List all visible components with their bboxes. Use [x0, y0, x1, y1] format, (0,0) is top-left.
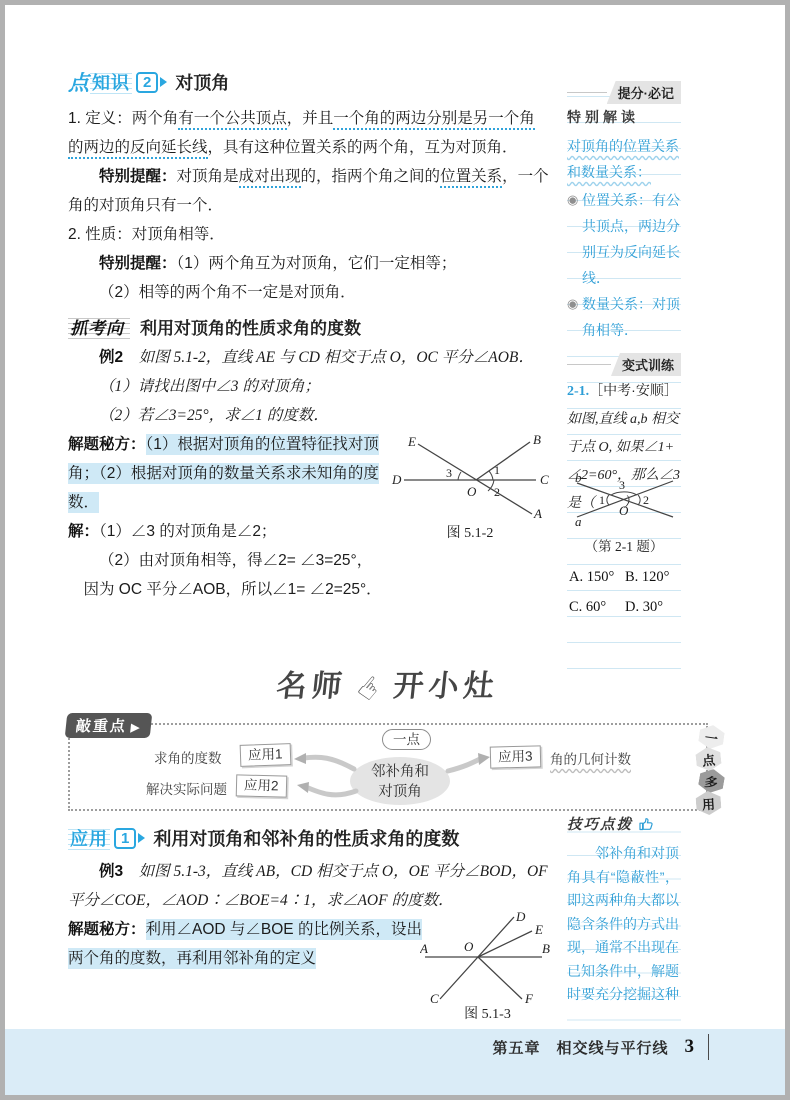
point-label-A: A [533, 506, 542, 521]
point-label-A: A [420, 941, 428, 956]
mindmap-node3-label: 角的几何计数 [550, 748, 631, 768]
interpretation-heading-text: 对顶角的位置关系和数量关系： [567, 138, 679, 180]
exam-direction-header: 抓考向 利用对顶角的性质求角的度数 [68, 309, 550, 343]
point-label-E: E [534, 922, 543, 937]
badge-rule-line [567, 364, 611, 365]
mindmap-node3-box: 应用3 [490, 745, 541, 768]
key-points-mindmap: 敲重点▶ 求角的度数 应用1 解决实际问题 应用2 一点 邻补角和 对顶角 应用… [68, 723, 708, 811]
angle-label-1: 1 [599, 493, 605, 507]
motto-char-2: 点 [694, 746, 721, 772]
pointing-hand-icon: ☞ [348, 667, 392, 710]
property-paragraph: 2. 性质：对顶角相等． [68, 220, 550, 249]
footer-content: 第五章 相交线与平行线 3 [492, 1034, 709, 1060]
dian-logo-icon: 点 [68, 67, 89, 97]
point-label-O: O [467, 484, 477, 499]
application-1-section: 应用 1 利用对顶角和邻补角的性质求角的度数 例3 如图 5.1-3，直线 AB… [68, 821, 550, 973]
figure-5-1-2-drawing: E B D C O A 3 1 2 [390, 432, 550, 524]
knowledge-title: 对顶角 [175, 69, 229, 95]
option-C: C. 60° [569, 595, 625, 620]
point-label-B: B [533, 432, 541, 447]
knowledge-header: 点 知识 2 对顶角 [68, 66, 550, 98]
angle-label-2: 2 [643, 493, 649, 507]
definition-paragraph: 1. 定义：两个角有一个公共顶点，并且一个角的两边分别是另一个角的两边的反向延长… [68, 104, 550, 162]
interpretation-heading: 对顶角的位置关系和数量关系： [567, 133, 681, 185]
tip-seg-emph: 位置关系 [440, 168, 502, 188]
point-label-O: O [619, 503, 629, 518]
angle-label-3: 3 [446, 466, 452, 480]
motto-char-3: 多 [697, 767, 726, 795]
badge-rule-line [567, 92, 607, 93]
mindmap-node1-box: 应用1 [240, 743, 291, 767]
bullet-text: 位置关系：有公共顶点，两边分别互为反向延长线． [582, 192, 680, 286]
tip-text: （1）两个角互为对顶角，它们一定相等； [177, 255, 457, 272]
application-number: 1 [114, 828, 136, 849]
exam-direction-title: 利用对顶角的性质求角的度数 [140, 314, 361, 339]
figure-5-1-2-caption: 图 5.1-2 [390, 524, 550, 544]
point-label-B: B [542, 941, 550, 956]
page-number: 3 [685, 1036, 695, 1058]
point-label-D: D [391, 472, 402, 487]
figure-5-1-3-drawing: D E A B O C F [420, 909, 550, 1005]
point-label-E: E [407, 434, 416, 449]
line-label-a: a [575, 514, 582, 529]
def-seg: ，具有这种位置关系的两个角，互为对顶角． [208, 139, 518, 156]
mindmap-bubble: 一点 [382, 729, 431, 750]
secret-label: 解题秘方： [68, 921, 146, 938]
reminder-2-line1: 特别提醒：（1）两个角互为对顶角，它们一定相等； [68, 249, 550, 278]
chapter-title: 第五章 相交线与平行线 [492, 1037, 668, 1058]
textbook-spread: 点 知识 2 对顶角 1. 定义：两个角有一个公共顶点，并且一个角的两边分别是另… [0, 0, 790, 1100]
reminder-label: 特别提醒： [99, 255, 177, 272]
figure-5-1-3: D E A B O C F 图 5.1-3 [420, 909, 555, 1025]
def-seg: 1. 定义：两个角 [68, 110, 178, 127]
knowledge-badge: 知识 [90, 69, 132, 95]
interpretation-bullets: ◉位置关系：有公共顶点，两边分别互为反向延长线． ◉数量关系：对顶角相等． [567, 187, 681, 343]
thumbs-up-icon [638, 815, 655, 832]
question-figure-caption: （第 2-1 题） [567, 535, 681, 555]
solution-line3: 因为 OC 平分∠AOB，所以∠1= ∠2=25°． [68, 575, 550, 604]
main-column: 点 知识 2 对顶角 1. 定义：两个角有一个公共顶点，并且一个角的两边分别是另… [68, 66, 550, 604]
tip-seg: 对顶角是 [177, 168, 239, 185]
point-label-O: O [464, 939, 474, 954]
technique-tips-title: 技巧点拨 [567, 813, 655, 834]
application-title: 利用对顶角和邻补角的性质求角的度数 [153, 825, 459, 851]
badge-chevron-icon [160, 77, 167, 87]
example3-statement: 例3 如图 5.1-3，直线 AB，CD 相交于点 O，OE 平分∠BOD，OF… [68, 857, 550, 915]
sidebar-top: 提分·必记 特别解读 对顶角的位置关系和数量关系： ◉位置关系：有公共顶点，两边… [567, 71, 681, 693]
tip-seg-emph: 成对出现 [239, 168, 301, 188]
special-interpretation-title: 特别解读 [567, 107, 639, 127]
solution-line2: （2）由对顶角相等，得∠2= ∠3=25°， [68, 546, 550, 575]
example2-label: 例2 [99, 349, 123, 366]
badge-chevron-icon [138, 833, 145, 843]
point-label-D: D [515, 909, 526, 924]
solution-block: E B D C O A 3 1 2 图 5.1-2 解题秘方：（1）根据对顶角的… [68, 430, 550, 604]
score-must-remember-badge: 提分·必记 [607, 81, 681, 104]
bullet-icon: ◉ [567, 187, 578, 213]
def-seg-emph: 有一个公共顶点 [178, 110, 287, 130]
mindmap-node2-box: 应用2 [236, 774, 287, 797]
center-topic-line1: 邻补角和 [350, 762, 450, 782]
point-label-F: F [524, 991, 534, 1005]
variant-training-badge: 变式训练 [611, 353, 681, 376]
knowledge-number: 2 [136, 72, 158, 93]
variant-badge-row: 变式训练 [567, 353, 681, 376]
technique-tips-text: 技巧点拨 [567, 813, 633, 834]
mindmap-node1-label: 求角的度数 [154, 747, 222, 767]
bullet-position-relation: ◉位置关系：有公共顶点，两边分别互为反向延长线． [567, 187, 681, 291]
bullet-quantity-relation: ◉数量关系：对顶角相等． [567, 291, 681, 343]
key-points-badge: 敲重点▶ [65, 713, 153, 738]
example2-q1: （1）请找出图中∠3 的对顶角； [68, 372, 550, 401]
tip-seg: 的，指两个角之间的 [301, 168, 441, 185]
option-A: A. 150° [569, 565, 625, 590]
page-footer: 第五章 相交线与平行线 3 [5, 1029, 785, 1095]
line-label-b: b [575, 471, 582, 485]
sidebar-bottom: 技巧点拨 邻补角和对顶角具有“隐蔽性”，即这两种角大都以隐含条件的方式出现，通常… [567, 809, 681, 1021]
reminder-label: 特别提醒： [99, 168, 177, 185]
exam-direction-badge: 抓考向 [68, 314, 130, 339]
question-figure-drawing: b a 3 1 2 O [567, 471, 679, 529]
example2-q2: （2）若∠3=25°，求∠1 的度数． [68, 401, 550, 430]
secret3-paragraph: 解题秘方：利用∠AOD 与∠BOE 的比例关系，设出两个角的度数，再利用邻补角的… [68, 915, 433, 973]
bullet-text: 数量关系：对顶角相等． [582, 296, 680, 338]
application-1-header: 应用 1 利用对顶角和邻补角的性质求角的度数 [68, 821, 550, 855]
point-label-C: C [540, 472, 549, 487]
side-motto-badges: 一 点 多 用 [695, 727, 723, 813]
example3-text: 如图 5.1-3，直线 AB，CD 相交于点 O，OE 平分∠BOD，OF 平分… [68, 863, 548, 909]
example2-text: 如图 5.1-2，直线 AE 与 CD 相交于点 O，OC 平分∠AOB． [139, 349, 534, 366]
secret-label: 解题秘方： [68, 436, 146, 453]
figure-5-1-3-caption: 图 5.1-3 [420, 1005, 555, 1025]
solution-label: 解： [68, 523, 99, 540]
key-points-badge-text: 敲重点 [75, 718, 128, 735]
score-badge-row: 提分·必记 [567, 81, 681, 104]
answer-options: A. 150° B. 120° C. 60° D. 30° [569, 565, 677, 620]
figure-5-1-2: E B D C O A 3 1 2 图 5.1-2 [390, 432, 550, 544]
motto-char-4: 用 [695, 790, 722, 816]
motto-char-1: 一 [697, 723, 725, 750]
play-arrow-icon: ▶ [130, 722, 142, 734]
question-figure: b a 3 1 2 O [567, 471, 679, 529]
technique-tips-body: 邻补角和对顶角具有“隐蔽性”，即这两种角大都以隐含条件的方式出现，通常不出现在已… [567, 842, 679, 1007]
solution-text: （1）∠3 的对顶角是∠2； [99, 523, 276, 540]
def-seg: ，并且 [287, 110, 334, 127]
option-D: D. 30° [625, 595, 677, 620]
example3-label: 例3 [99, 863, 123, 880]
reminder-2-line2: （2）相等的两个角不一定是对顶角． [68, 278, 550, 307]
mindmap-node2-label: 解决实际问题 [146, 778, 227, 798]
banner-left-text: 名师 [275, 661, 350, 705]
textbook-page: 点 知识 2 对顶角 1. 定义：两个角有一个公共顶点，并且一个角的两边分别是另… [0, 0, 790, 1100]
point-label-C: C [430, 991, 439, 1005]
option-B: B. 120° [625, 565, 677, 590]
angle-label-3: 3 [619, 478, 625, 492]
question-source-tag: ［中考·安顺］ [589, 382, 678, 398]
angle-label-2: 2 [494, 485, 500, 499]
angle-label-1: 1 [494, 463, 500, 477]
question-number: 2-1. [567, 384, 589, 399]
bullet-icon: ◉ [567, 291, 578, 317]
application-badge: 应用 [68, 825, 110, 851]
reminder-1: 特别提醒：对顶角是成对出现的，指两个角之间的位置关系，一个角的对顶角只有一个． [68, 162, 550, 220]
center-topic-line2: 对顶角 [350, 782, 450, 802]
mindmap-center-topic: 邻补角和 对顶角 [350, 762, 450, 802]
example2-statement: 例2 如图 5.1-2，直线 AE 与 CD 相交于点 O，OC 平分∠AOB． [68, 343, 550, 372]
banner-right-text: 开小灶 [392, 661, 502, 705]
